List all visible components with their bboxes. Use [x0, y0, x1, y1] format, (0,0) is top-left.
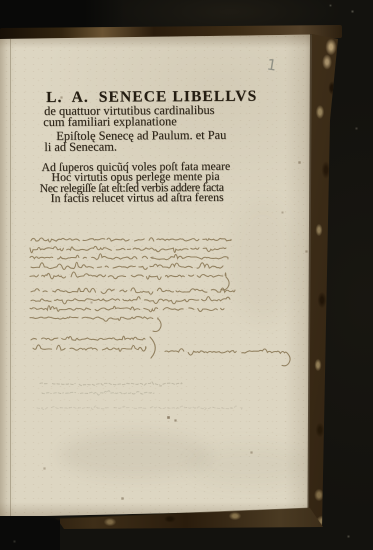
dust-specks — [0, 0, 1, 1]
ghost-text-line — [35, 396, 256, 426]
annotation-brace — [149, 336, 163, 361]
background-shadow-top-left — [0, 0, 124, 29]
background-shadow-bottom-left — [0, 516, 60, 550]
annotation-line — [163, 340, 301, 370]
photo-background: 1 L. A. SENECE LIBELLVS de quattuor virt… — [0, 0, 373, 550]
annotation-line — [31, 337, 160, 367]
